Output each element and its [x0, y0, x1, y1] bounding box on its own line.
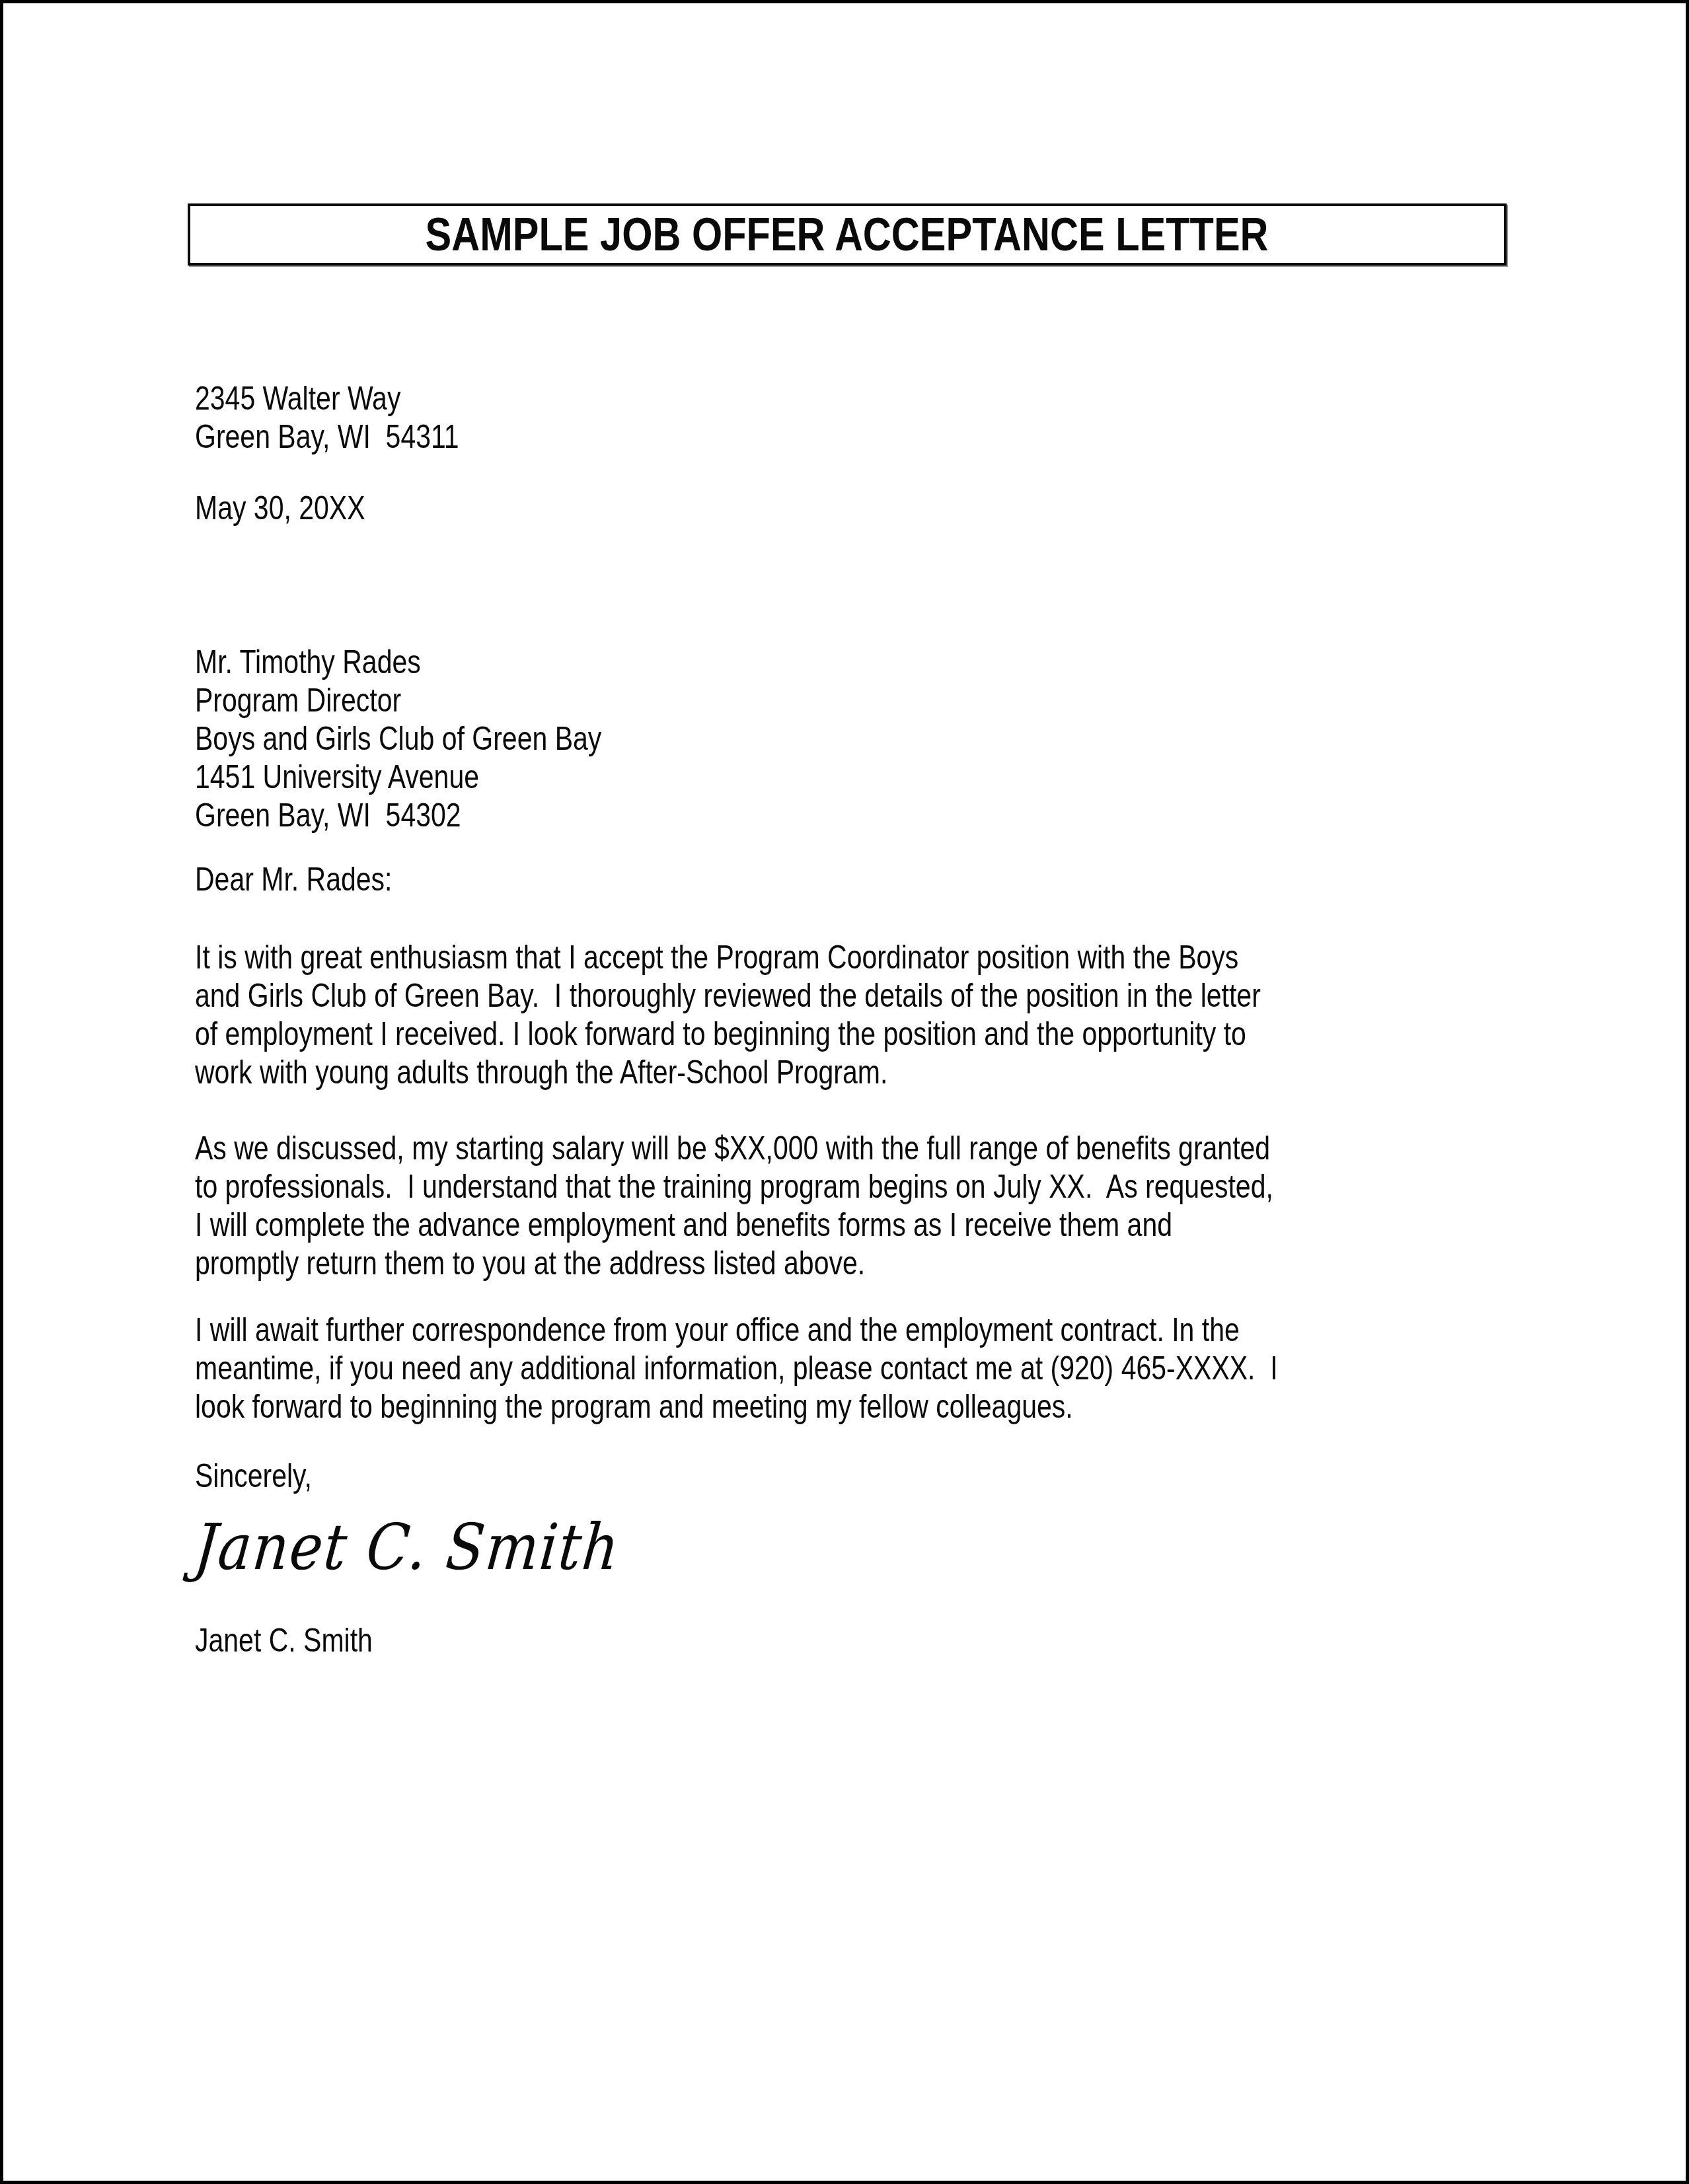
closing-block: Sincerely,: [195, 1457, 338, 1495]
closing: Sincerely,: [195, 1457, 312, 1495]
text-line: 1451 University Avenue: [195, 758, 601, 796]
text-line: of employment I received. I look forward…: [195, 1015, 1261, 1053]
document-title: SAMPLE JOB OFFER ACCEPTANCE LETTER: [426, 208, 1269, 261]
text-line: meantime, if you need any additional inf…: [195, 1349, 1278, 1387]
text-line: I will complete the advance employment a…: [195, 1206, 1273, 1244]
body-paragraph-1: It is with great enthusiasm that I accep…: [195, 938, 1495, 1091]
text-line: 2345 Walter Way: [195, 379, 459, 418]
text-line: Green Bay, WI 54311: [195, 418, 459, 456]
text-line: work with young adults through the After…: [195, 1053, 1261, 1091]
body-paragraph-2: As we discussed, my starting salary will…: [195, 1129, 1510, 1282]
text-line: promptly return them to you at the addre…: [195, 1244, 1273, 1282]
text-line: look forward to beginning the program an…: [195, 1387, 1278, 1426]
letter-date-block: May 30, 20XX: [195, 489, 402, 527]
title-box: SAMPLE JOB OFFER ACCEPTANCE LETTER: [188, 203, 1507, 266]
text-line: It is with great enthusiasm that I accep…: [195, 938, 1261, 976]
letter-date: May 30, 20XX: [195, 489, 365, 527]
text-line: Boys and Girls Club of Green Bay: [195, 719, 601, 758]
salutation-block: Dear Mr. Rades:: [195, 860, 435, 898]
text-line: As we discussed, my starting salary will…: [195, 1129, 1273, 1167]
handwritten-signature: Janet C. Smith: [191, 1504, 624, 1590]
salutation: Dear Mr. Rades:: [195, 860, 392, 898]
typed-name: Janet C. Smith: [195, 1621, 373, 1659]
text-line: I will await further correspondence from…: [195, 1311, 1278, 1349]
text-line: Mr. Timothy Rades: [195, 643, 601, 681]
sender-address: 2345 Walter WayGreen Bay, WI 54311: [195, 379, 517, 456]
typed-name-block: Janet C. Smith: [195, 1621, 412, 1659]
text-line: Program Director: [195, 681, 601, 719]
signature-block: Janet C. Smith: [195, 1504, 677, 1590]
text-line: to professionals. I understand that the …: [195, 1167, 1273, 1206]
body-paragraph-3: I will await further correspondence from…: [195, 1311, 1515, 1426]
recipient-address: Mr. Timothy RadesProgram DirectorBoys an…: [195, 643, 691, 834]
text-line: and Girls Club of Green Bay. I thoroughl…: [195, 976, 1261, 1015]
text-line: Green Bay, WI 54302: [195, 796, 601, 834]
letter-page: SAMPLE JOB OFFER ACCEPTANCE LETTER 2345 …: [0, 0, 1689, 2184]
